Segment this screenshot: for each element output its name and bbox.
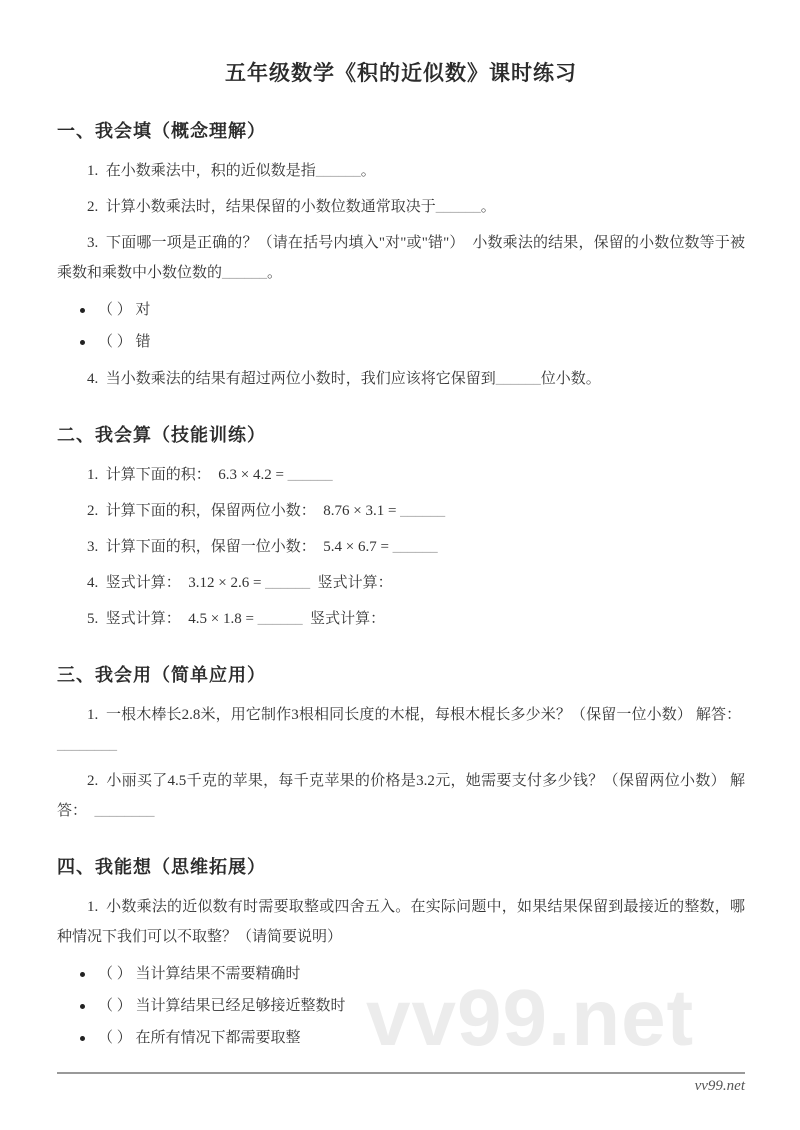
worksheet-page: 五年级数学《积的近似数》课时练习 一、我会填（概念理解） 1. 在小数乘法中，积…	[0, 0, 800, 1054]
question-item: 3. 下面哪一项是正确的？（请在括号内填入"对"或"错"） 小数乘法的结果，保留…	[57, 228, 745, 288]
question-item: 1. 小数乘法的近似数有时需要取整或四舍五入。在实际问题中，如果结果保留到最接近…	[57, 892, 745, 952]
option-item: （ ） 当计算结果已经足够接近整数时	[80, 990, 745, 1022]
question-item: 4. 当小数乘法的结果有超过两位小数时，我们应该将它保留到______位小数。	[57, 364, 745, 394]
question-item: 4. 竖式计算： 3.12 × 2.6 = ______ 竖式计算：	[57, 568, 745, 598]
footer-divider	[57, 1072, 745, 1074]
section-apply: 三、我会用（简单应用） 1. 一根木棒长2.8米，用它制作3根相同长度的木棍，每…	[57, 662, 745, 826]
option-label: （ ） 当计算结果不需要精确时	[98, 958, 301, 990]
bullet-icon	[80, 1004, 85, 1009]
option-label: （ ） 错	[98, 326, 151, 358]
bullet-icon	[80, 308, 85, 313]
question-item: 1. 在小数乘法中，积的近似数是指______。	[57, 156, 745, 186]
question-item: 2. 小丽买了4.5千克的苹果，每千克苹果的价格是3.2元，她需要支付多少钱？（…	[57, 766, 745, 826]
bullet-icon	[80, 972, 85, 977]
question-item: 5. 竖式计算： 4.5 × 1.8 = ______ 竖式计算：	[57, 604, 745, 634]
section-heading-4: 四、我能想（思维拓展）	[57, 854, 745, 880]
question-item: 2. 计算小数乘法时，结果保留的小数位数通常取决于______。	[57, 192, 745, 222]
option-item: （ ） 当计算结果不需要精确时	[80, 958, 745, 990]
option-list: （ ） 当计算结果不需要精确时 （ ） 当计算结果已经足够接近整数时 （ ） 在…	[57, 958, 745, 1054]
question-item: 3. 计算下面的积，保留一位小数： 5.4 × 6.7 = ______	[57, 532, 745, 562]
page-title: 五年级数学《积的近似数》课时练习	[57, 58, 745, 90]
bullet-icon	[80, 1036, 85, 1041]
option-label: （ ） 对	[98, 294, 151, 326]
section-heading-1: 一、我会填（概念理解）	[57, 118, 745, 144]
option-label: （ ） 当计算结果已经足够接近整数时	[98, 990, 346, 1022]
question-item: 2. 计算下面的积，保留两位小数： 8.76 × 3.1 = ______	[57, 496, 745, 526]
section-think: 四、我能想（思维拓展） 1. 小数乘法的近似数有时需要取整或四舍五入。在实际问题…	[57, 854, 745, 1054]
option-list: （ ） 对 （ ） 错	[57, 294, 745, 358]
question-item: 1. 计算下面的积： 6.3 × 4.2 = ______	[57, 460, 745, 490]
section-calculate: 二、我会算（技能训练） 1. 计算下面的积： 6.3 × 4.2 = _____…	[57, 422, 745, 634]
option-item: （ ） 对	[80, 294, 745, 326]
section-heading-3: 三、我会用（简单应用）	[57, 662, 745, 688]
section-fill-in: 一、我会填（概念理解） 1. 在小数乘法中，积的近似数是指______。 2. …	[57, 118, 745, 394]
footer-site-text: vv99.net	[695, 1078, 745, 1095]
question-item: 1. 一根木棒长2.8米，用它制作3根相同长度的木棍，每根木棍长多少米？（保留一…	[57, 700, 745, 760]
section-heading-2: 二、我会算（技能训练）	[57, 422, 745, 448]
option-item: （ ） 在所有情况下都需要取整	[80, 1022, 745, 1054]
option-label: （ ） 在所有情况下都需要取整	[98, 1022, 301, 1054]
option-item: （ ） 错	[80, 326, 745, 358]
bullet-icon	[80, 340, 85, 345]
